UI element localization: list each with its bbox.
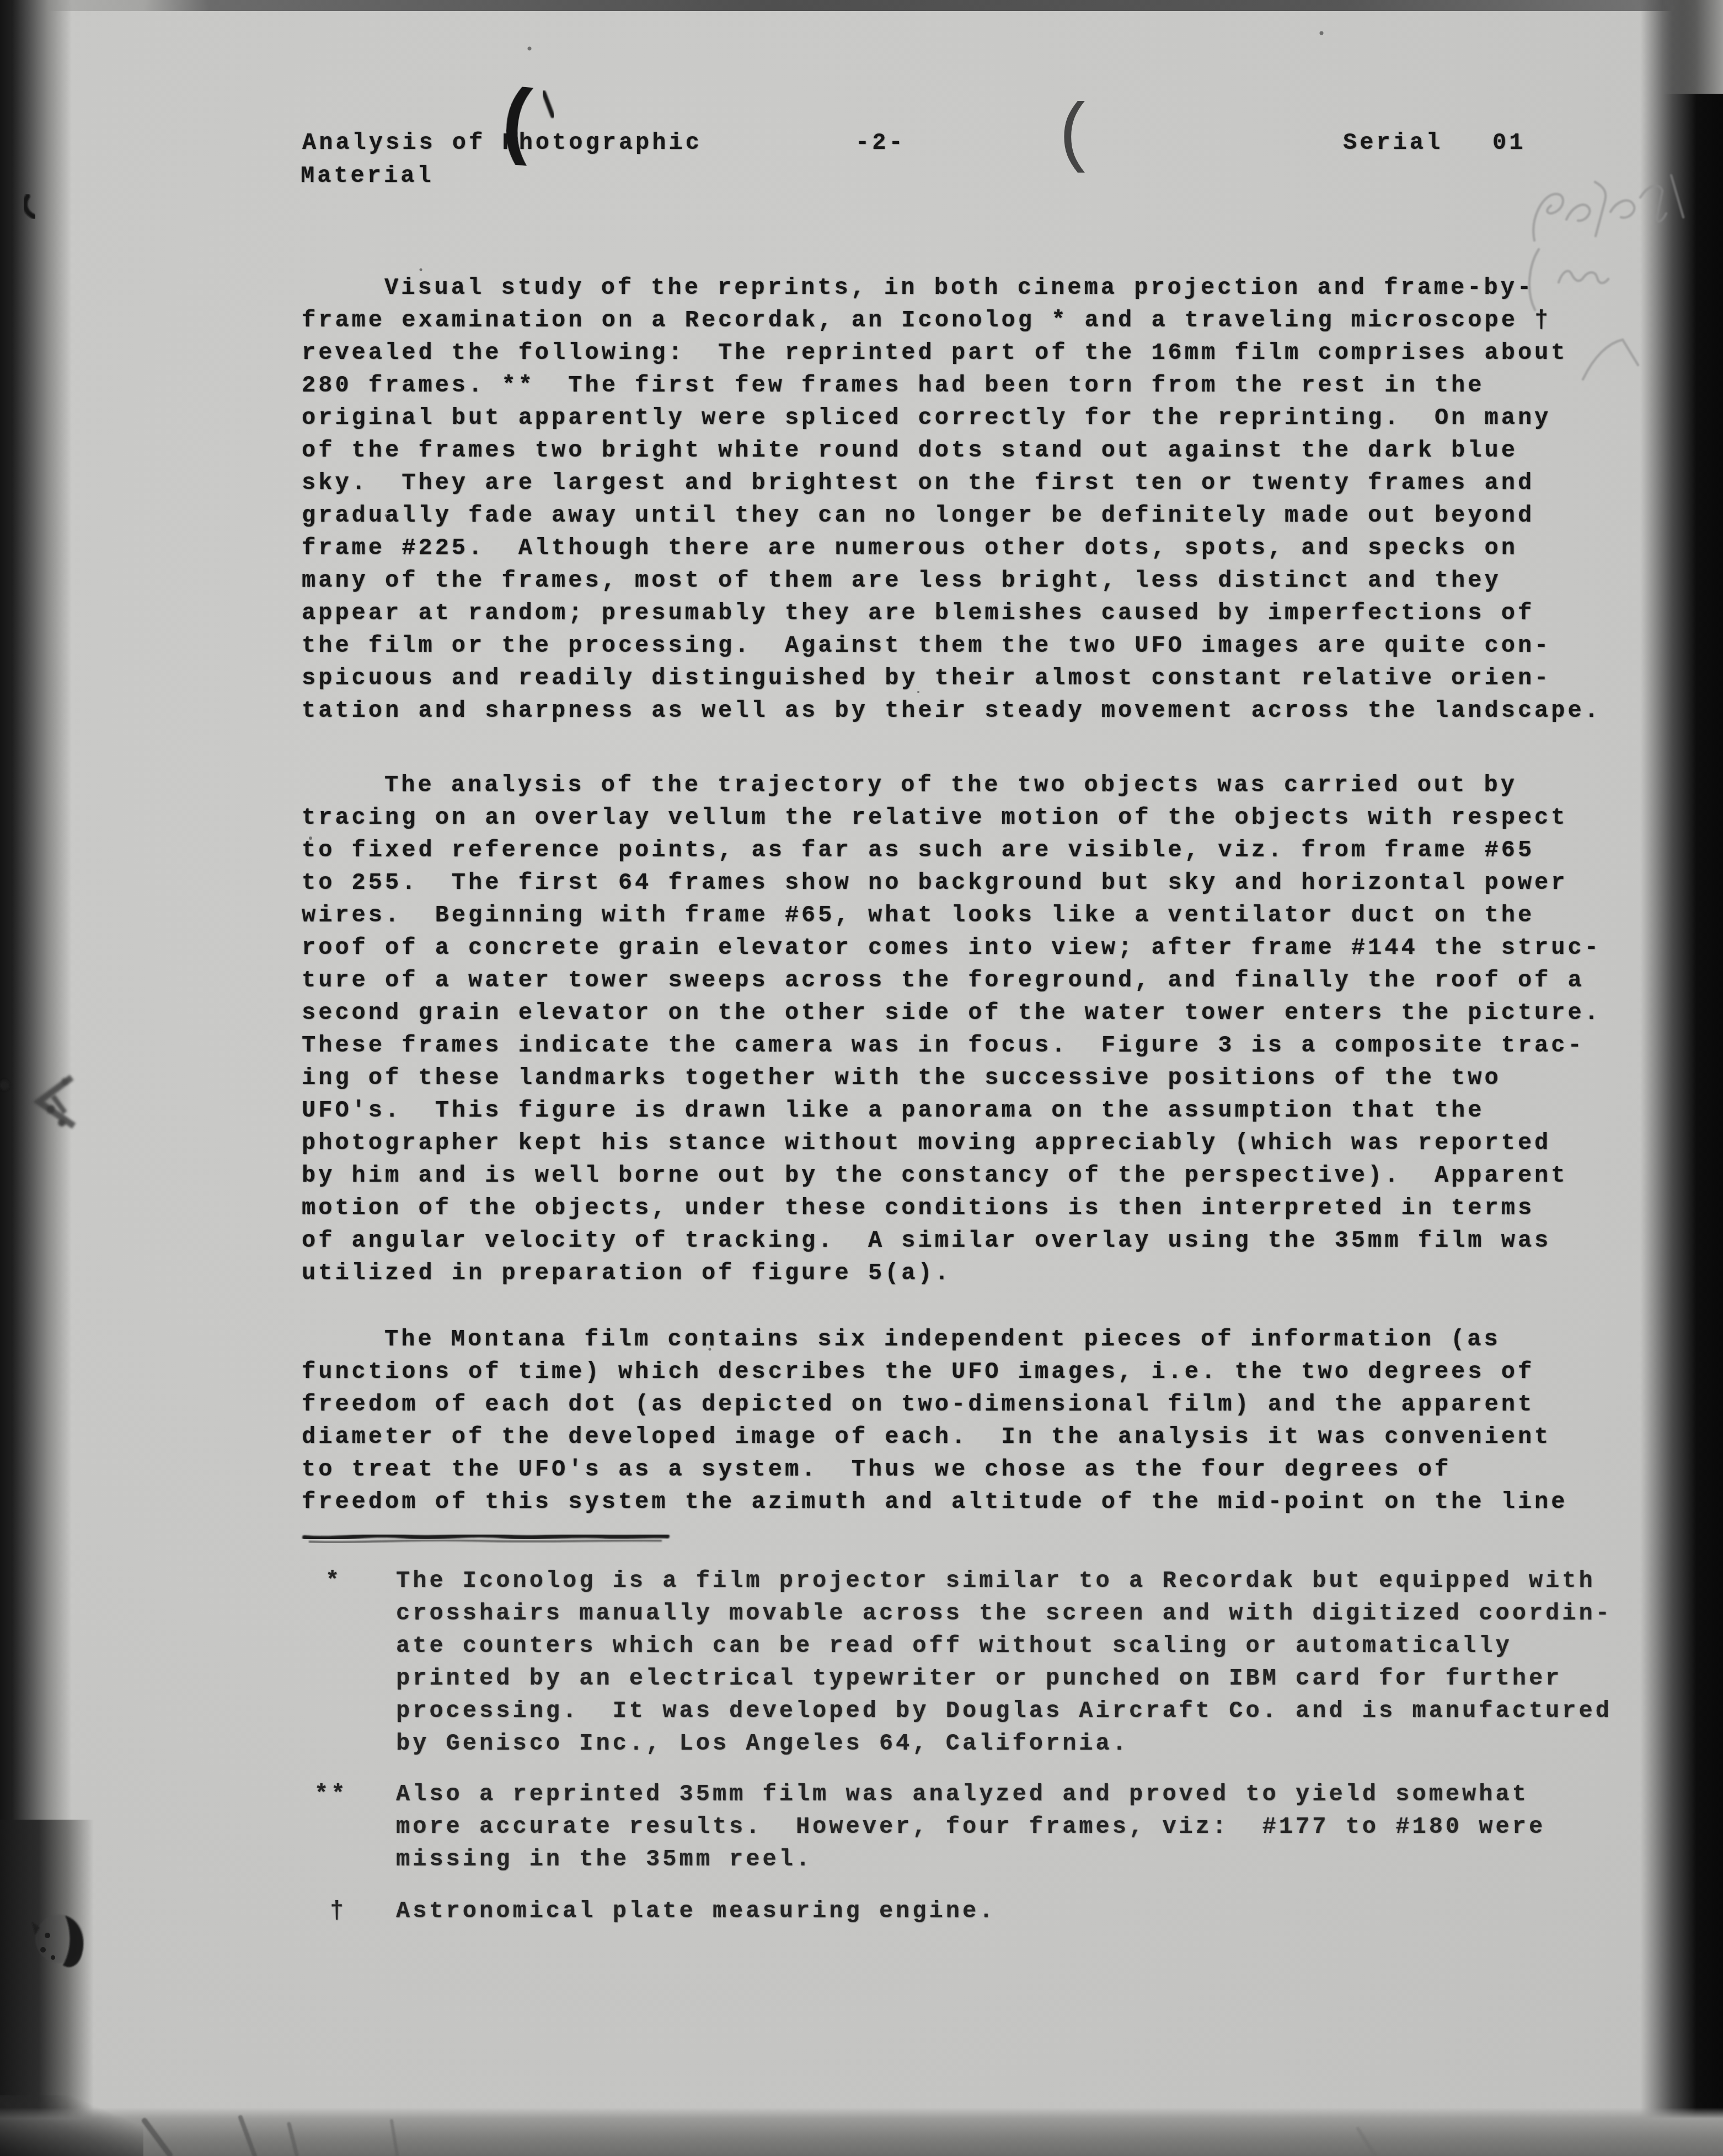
footnote-iconolog: * The Iconolog is a film projector simil… [0,1565,1723,1570]
scan-edge-left-bottom [0,1820,94,2156]
ink-hook-mark-left-margin [25,196,34,217]
footnote-text-35mm-film: Also a reprinted 35mm film was analyzed … [396,1778,1545,1876]
footnote-separator-line [304,1535,667,1538]
ink-paren-mark-over-title: ( [489,75,547,174]
footnote-symbol-double-asterisk: ** [314,1778,347,1811]
paragraph-trajectory-analysis: The analysis of the trajectory of the tw… [302,769,1601,1290]
footnote-separator-line-understroke [309,1540,662,1542]
footnote-35mm-film: ** Also a reprinted 35mm film was analyz… [0,1778,1723,1784]
paragraph-visual-study: Visual study of the reprints, in both ci… [302,272,1601,727]
document-title-line2: Material [301,160,434,192]
page-number: -2- [855,127,906,159]
scan-edge-left [0,0,72,2156]
pencil-smudge-left-margin [0,1077,74,1127]
scanned-document-page: Analysis of Photographic -2- Serial 01 M… [0,0,1723,2156]
paragraph-montana-film: The Montana film contains six independen… [302,1323,1568,1519]
bottom-edge-streaks [145,2117,1374,2156]
footnote-symbol-asterisk: * [325,1565,342,1597]
ink-paren-mark-center: ( [1051,93,1098,180]
footnote-measuring-engine: † Astronomical plate measuring engine. [0,1895,1723,1901]
footnote-text-iconolog: The Iconolog is a film projector similar… [396,1565,1612,1760]
serial-label: Serial [1343,127,1443,159]
scan-edge-right-top [1662,0,1723,94]
scan-edge-right [1640,0,1723,2156]
serial-value: 01 [1492,127,1526,159]
ink-blob-bottom-left [32,1914,84,1967]
footnote-text-measuring-engine: Astronomical plate measuring engine. [396,1895,996,1928]
scan-edge-bottom-left-corner [0,2095,143,2156]
scan-edge-top [0,0,1723,11]
scan-edge-bottom [0,2107,1723,2156]
footnote-symbol-dagger: † [330,1895,346,1928]
